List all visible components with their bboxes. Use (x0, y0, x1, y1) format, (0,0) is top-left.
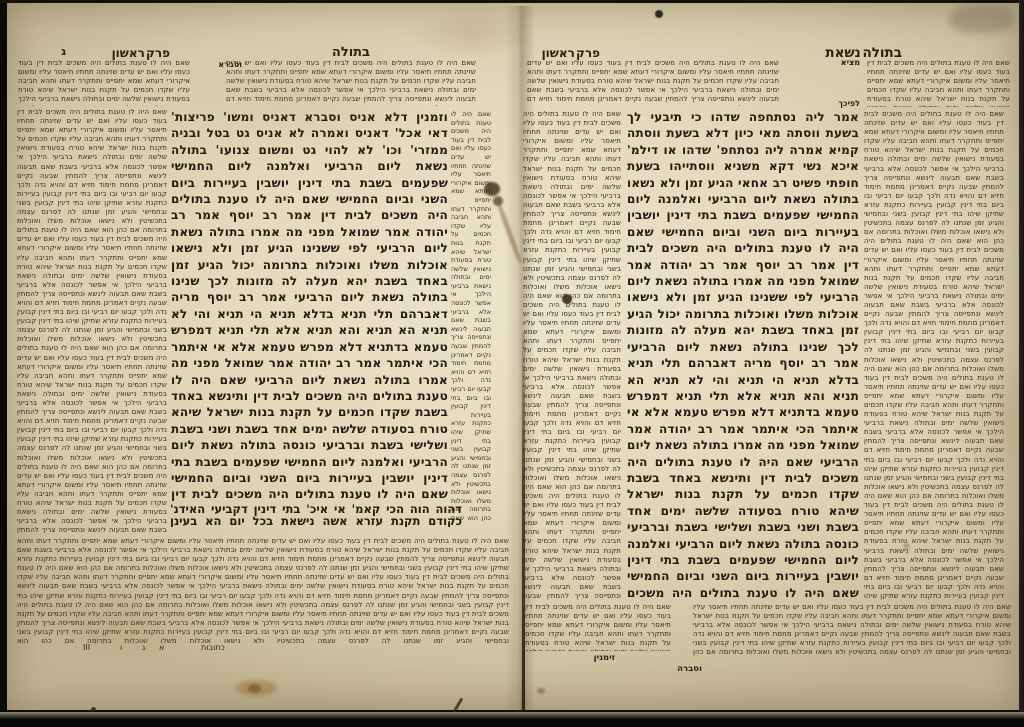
right-bottom-wide-commentary: שאם היה לו טענת בתולים היה משכים לבית די… (693, 603, 1011, 659)
quire-signature-letter-2: ג (142, 643, 145, 652)
speck-bottom-left (91, 707, 96, 712)
left-gemara-closing-lines: דהוה הוה הכי קאמ' אי איכ' בתי דינין דקבי… (170, 504, 462, 527)
quire-signature-roman-numeral: III (83, 643, 90, 652)
right-tosafot-head-block: שאם היה לו טענת בתולים היה משכים לבית די… (867, 59, 1010, 107)
right-commentary-lead-word-mid: לפיכך (838, 99, 860, 108)
right-inner-commentary-column: שאם היה לו טענת בתולים היה משכים לבית די… (523, 110, 621, 602)
ink-stain-gutter-blob2 (493, 196, 503, 206)
left-gemara-column: וזמנין דלא אניס וסברא דאניס ומשו' פריצות… (171, 109, 448, 503)
right-catchword-bottom: וסברה (677, 664, 702, 674)
hair-mark-bottom (452, 697, 464, 714)
right-header-chapter-number: פרק ראשון (542, 46, 600, 60)
talmud-scan-photo: בתולה נשאת פרק ראשון מציא לפיכך שאם היה … (0, 0, 1024, 727)
right-rashi-head-block: שאם היה לו טענת בתולים היה משכים לבית די… (527, 59, 779, 106)
left-tosafot-head-block: שאם היה לו טענת בתולים היה משכים לבית די… (18, 59, 190, 106)
ink-spot-top-edge (655, 10, 663, 18)
left-header-chapter-title: בתולה (332, 45, 370, 60)
left-inner-commentary-column: שאם היה לו טענת בתולים היה משכים לבית די… (451, 110, 491, 521)
quire-signature-letter-3: ו (120, 643, 122, 652)
quire-signature-tractate: כתובות (201, 643, 225, 652)
brown-stain-bottom-margin (235, 680, 277, 696)
left-header-chapter-number: פרק ראשון (112, 46, 170, 60)
brown-stain-core (248, 684, 261, 693)
right-outer-commentary-column: שאם היה לו טענת בתולים היה משכים לבית די… (864, 110, 1004, 602)
right-gemara-column: אמר ליה נסתחפה שדהו כי תיבעי לך בשעת ווס… (627, 109, 859, 601)
paper-spread: בתולה נשאת פרק ראשון מציא לפיכך שאם היה … (7, 3, 1020, 710)
small-stain-bottom-center (537, 688, 545, 694)
left-folio-number: ג (61, 45, 66, 58)
left-outer-commentary-column: שאם היה לו טענת בתולים היה משכים לבית די… (17, 108, 167, 533)
right-commentary-lead-word-top: מציא (841, 58, 860, 67)
quire-signature-letter-1: א (159, 643, 164, 652)
photo-edge-left (0, 0, 7, 727)
left-rashi-head-block: שאם היה לו טענת בתולים היה משכים לבית די… (226, 59, 476, 106)
photo-edge-bottom (0, 712, 1024, 727)
right-catchword-inner: זימנין (594, 653, 615, 663)
water-stain-streak (496, 202, 523, 264)
left-bottom-full-width-commentary: שאם היה לו טענת בתולים היה משכים לבית די… (17, 537, 509, 643)
right-bottom-inner-commentary: שאם היה לו טענת בתולים היה משכים לבית די… (525, 603, 671, 651)
smudge-top-right-corner (950, 5, 1014, 33)
